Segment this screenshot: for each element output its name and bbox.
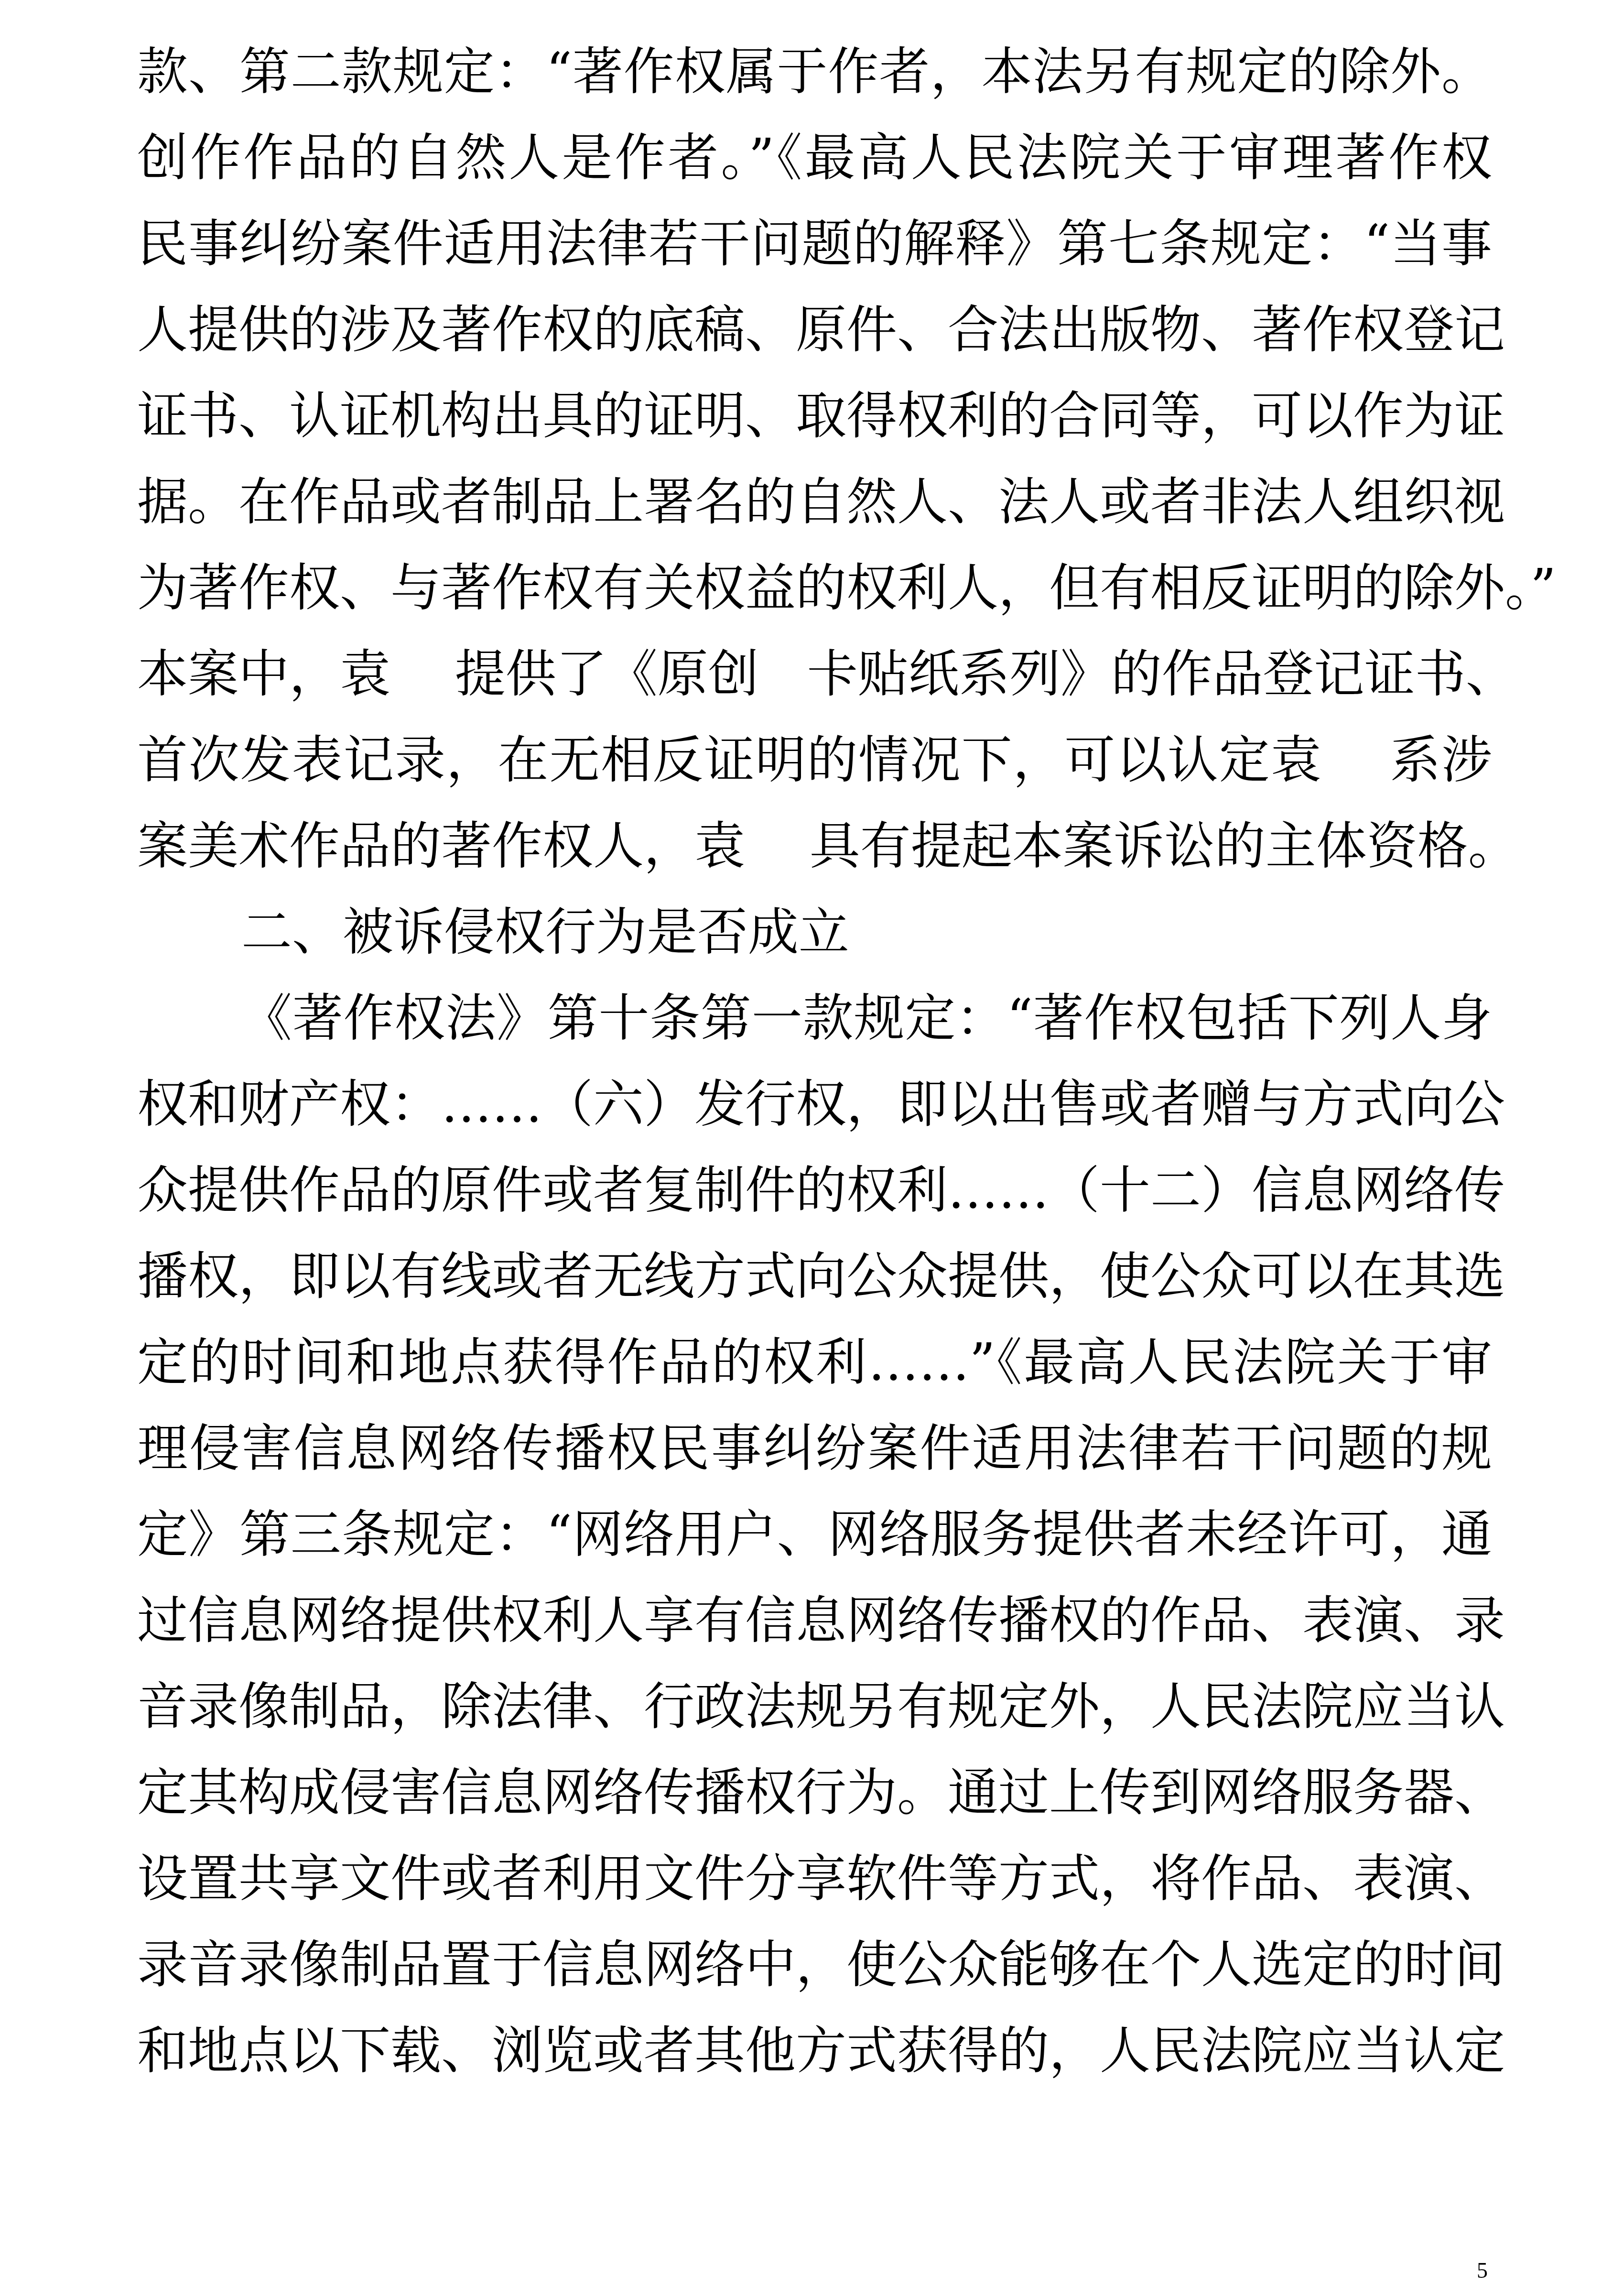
section-heading: 二、被诉侵权行为是否成立	[137, 889, 1492, 975]
text-line: 理侵害信息网络传播权民事纠纷案件适用法律若干问题的规	[137, 1405, 1492, 1491]
text-line: 为著作权、与著作权有关权益的权利人，但有相反证明的除外。”	[137, 545, 1492, 631]
text-line: 定的时间和地点获得作品的权利……”《最高人民法院关于审	[137, 1319, 1492, 1405]
text-line: 音录像制品，除法律、行政法规另有规定外，人民法院应当认	[137, 1664, 1492, 1750]
text-line: 民事纠纷案件适用法律若干问题的解释》第七条规定：“当事	[137, 201, 1492, 287]
document-page: 款、第二款规定：“著作权属于作者，本法另有规定的除外。 创作作品的自然人是作者。…	[0, 0, 1623, 2296]
text-line: 本案中，袁 提供了《原创 卡贴纸系列》的作品登记证书、	[137, 631, 1492, 717]
text-line: 播权，即以有线或者无线方式向公众提供，使公众可以在其选	[137, 1233, 1492, 1319]
page-number: 5	[1477, 2256, 1488, 2285]
text-line: 众提供作品的原件或者复制件的权利……（十二）信息网络传	[137, 1147, 1492, 1233]
text-line: 定其构成侵害信息网络传播权行为。通过上传到网络服务器、	[137, 1750, 1492, 1836]
text-line: 案美术作品的著作权人，袁 具有提起本案诉讼的主体资格。	[137, 803, 1492, 889]
text-line: 定》第三条规定：“网络用户、网络服务提供者未经许可，通	[137, 1491, 1492, 1578]
text-line: 证书、认证机构出具的证明、取得权利的合同等，可以作为证	[137, 373, 1492, 459]
text-line: 设置共享文件或者利用文件分享软件等方式，将作品、表演、	[137, 1836, 1492, 1922]
text-line: 权和财产权：……（六）发行权，即以出售或者赠与方式向公	[137, 1061, 1492, 1147]
text-line: 据。在作品或者制品上署名的自然人、法人或者非法人组织视	[137, 459, 1492, 545]
text-line: 过信息网络提供权利人享有信息网络传播权的作品、表演、录	[137, 1578, 1492, 1664]
text-line: 录音录像制品置于信息网络中，使公众能够在个人选定的时间	[137, 1922, 1492, 2008]
text-line: 首次发表记录，在无相反证明的情况下，可以认定袁 系涉	[137, 717, 1492, 803]
text-line: 《著作权法》第十条第一款规定：“著作权包括下列人身	[137, 975, 1492, 1061]
text-line: 款、第二款规定：“著作权属于作者，本法另有规定的除外。	[137, 29, 1492, 115]
text-line: 人提供的涉及著作权的底稿、原件、合法出版物、著作权登记	[137, 287, 1492, 373]
text-line: 创作作品的自然人是作者。”《最高人民法院关于审理著作权	[137, 115, 1492, 201]
body-text: 款、第二款规定：“著作权属于作者，本法另有规定的除外。 创作作品的自然人是作者。…	[137, 29, 1492, 2094]
text-line: 和地点以下载、浏览或者其他方式获得的，人民法院应当认定	[137, 2008, 1492, 2094]
